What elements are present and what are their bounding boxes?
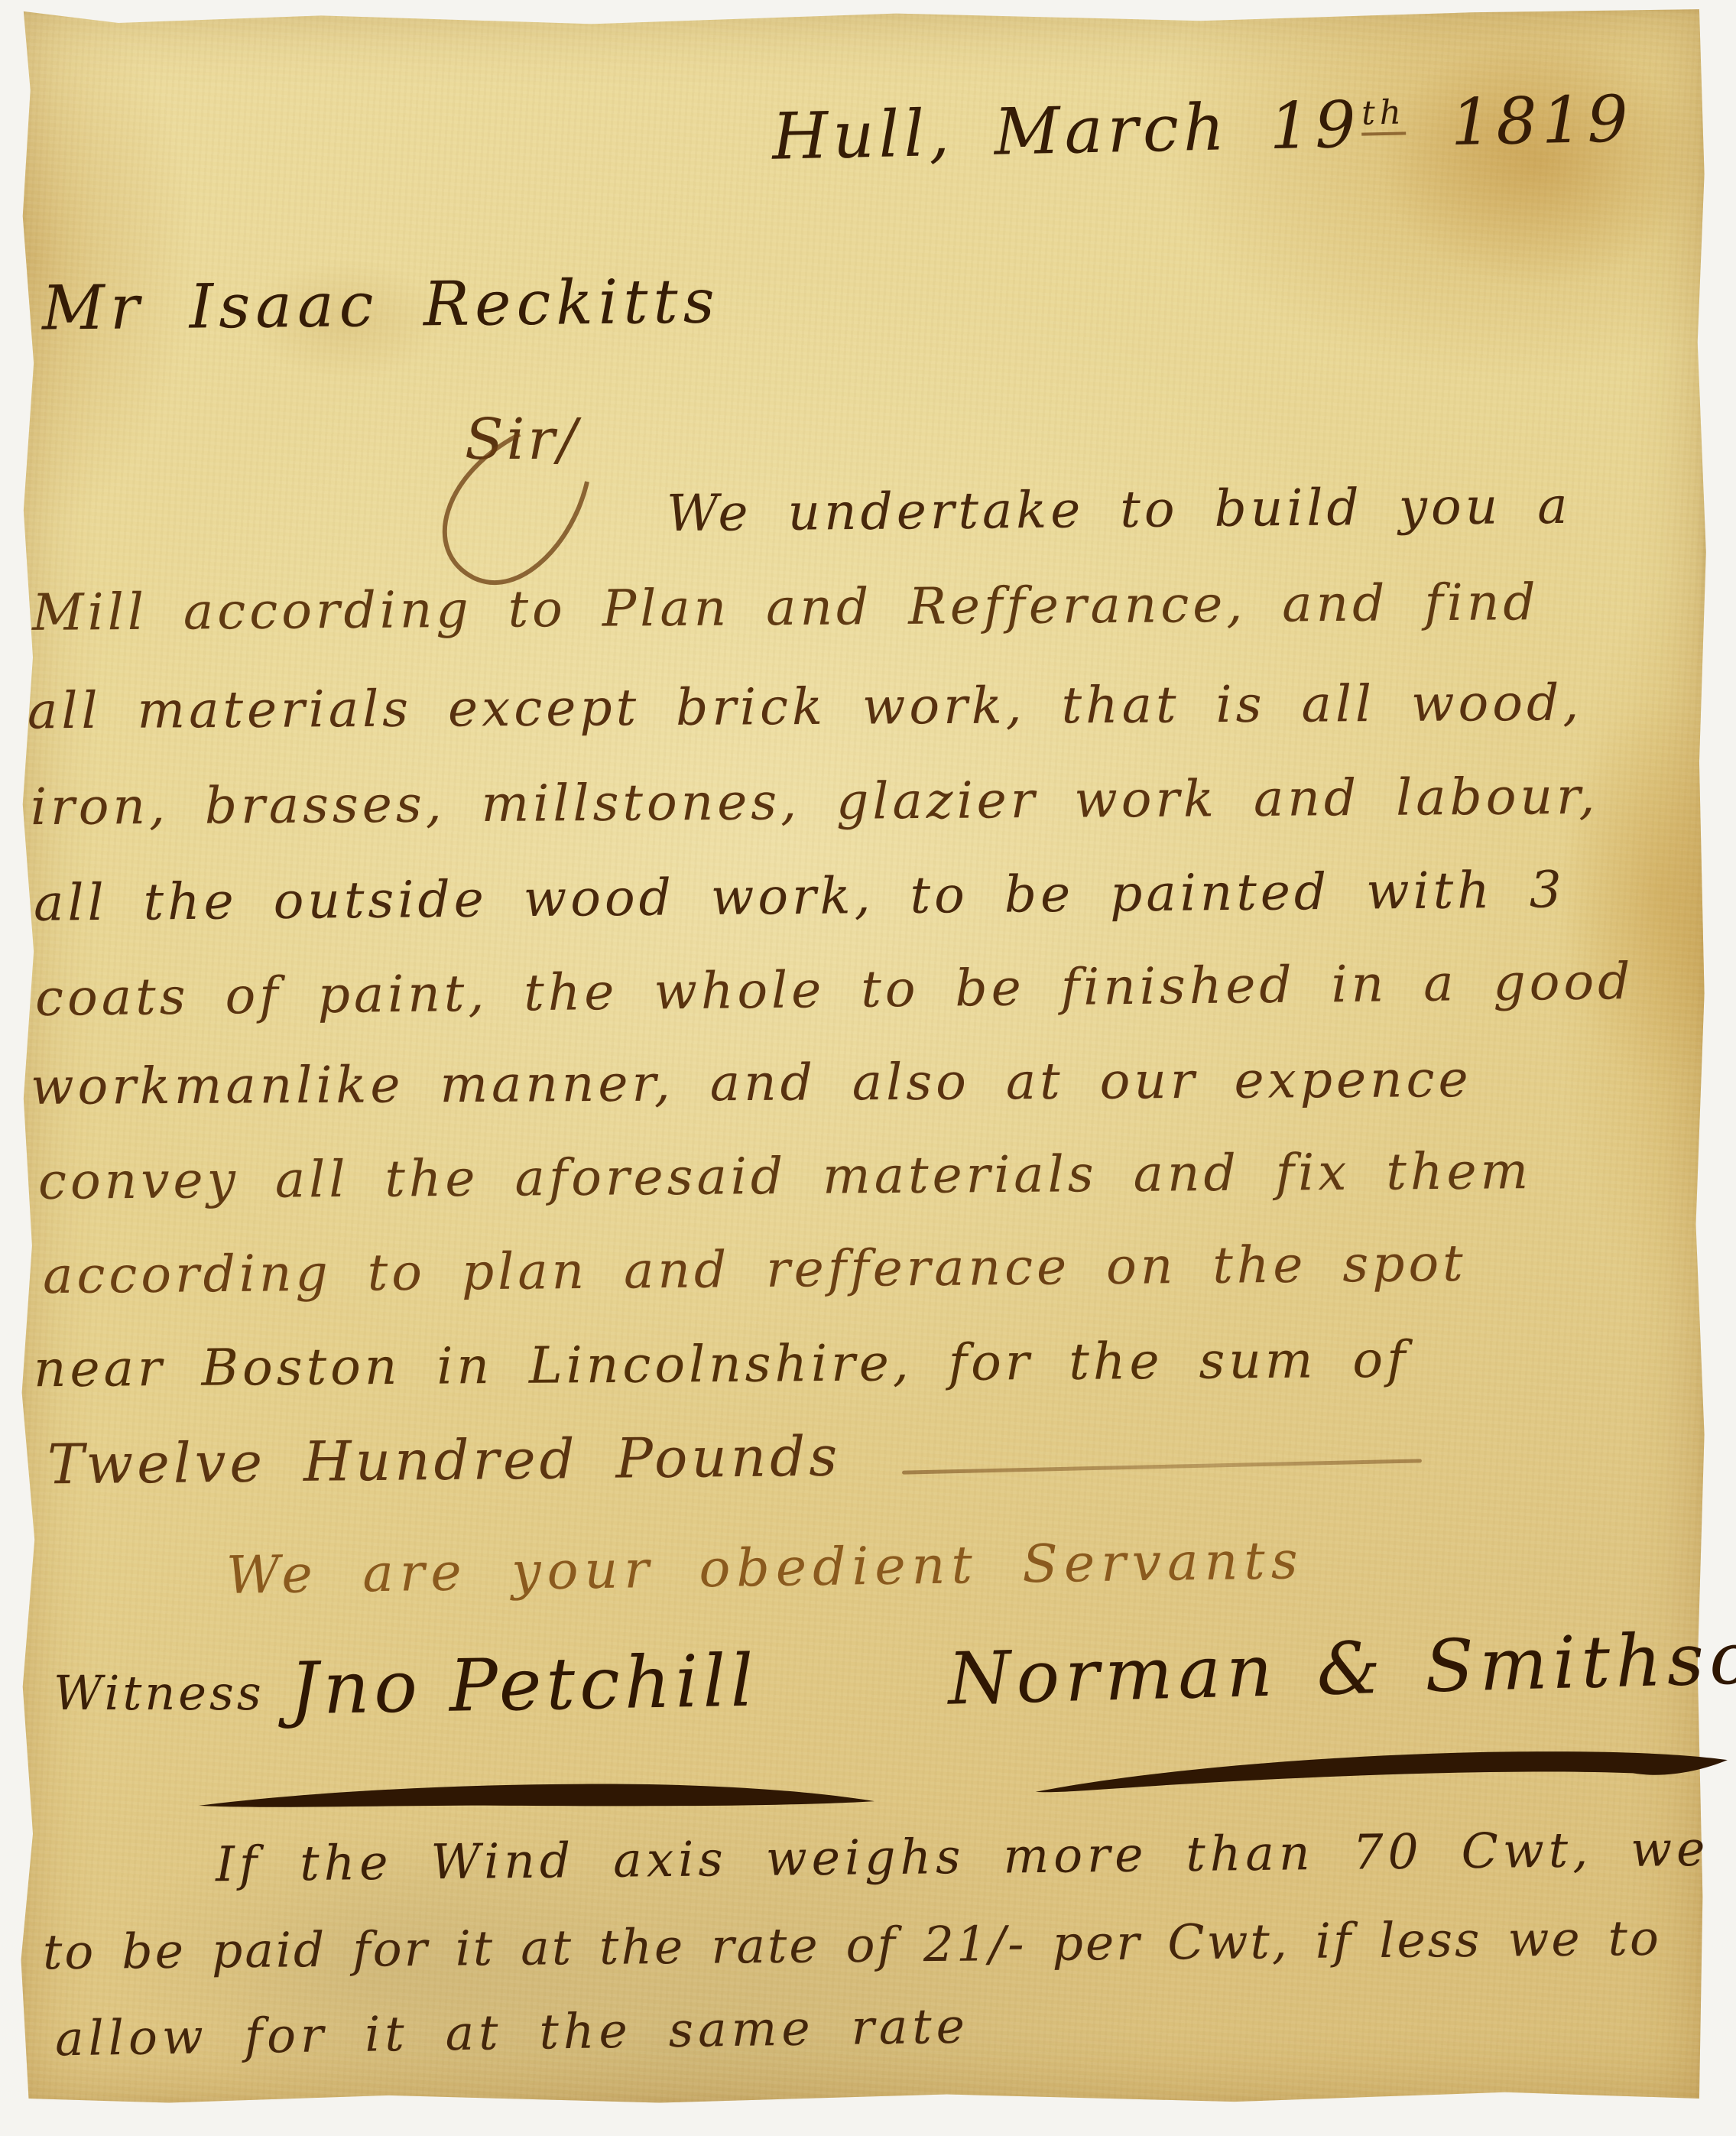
witness-signature: Jno Petchill <box>289 1640 758 1732</box>
dateline-place: Hull, <box>771 96 955 174</box>
body-line: workmanlike manner, and also at our expe… <box>31 1050 1472 1116</box>
witness-signature-underline <box>193 1772 881 1818</box>
salutation-flourish <box>428 428 657 604</box>
body-line: all materials except brick work, that is… <box>28 674 1583 741</box>
body-line: Mill according to Plan and Refferance, a… <box>32 573 1540 642</box>
dateline-ordinal: th <box>1361 93 1407 135</box>
body-line: according to plan and refferance on the … <box>43 1234 1467 1305</box>
addressee-line: Mr Isaac Reckitts <box>42 265 721 343</box>
witness-block: Witness Jno Petchill <box>54 1644 758 1727</box>
body-line-amount: Twelve Hundred Pounds <box>47 1424 842 1497</box>
dateline-year: 1819 <box>1450 81 1634 160</box>
paper-stain <box>1377 37 1699 289</box>
body-line: near Boston in Lincolnshire, for the sum… <box>34 1330 1410 1399</box>
body-line: We undertake to build you a <box>667 476 1572 543</box>
body-line: convey all the aforesaid materials and f… <box>38 1141 1533 1211</box>
body-line: iron, brasses, millstones, glazier work … <box>31 767 1599 836</box>
dateline-month-day: March 19 <box>994 87 1361 170</box>
witness-label: Witness <box>54 1665 264 1721</box>
